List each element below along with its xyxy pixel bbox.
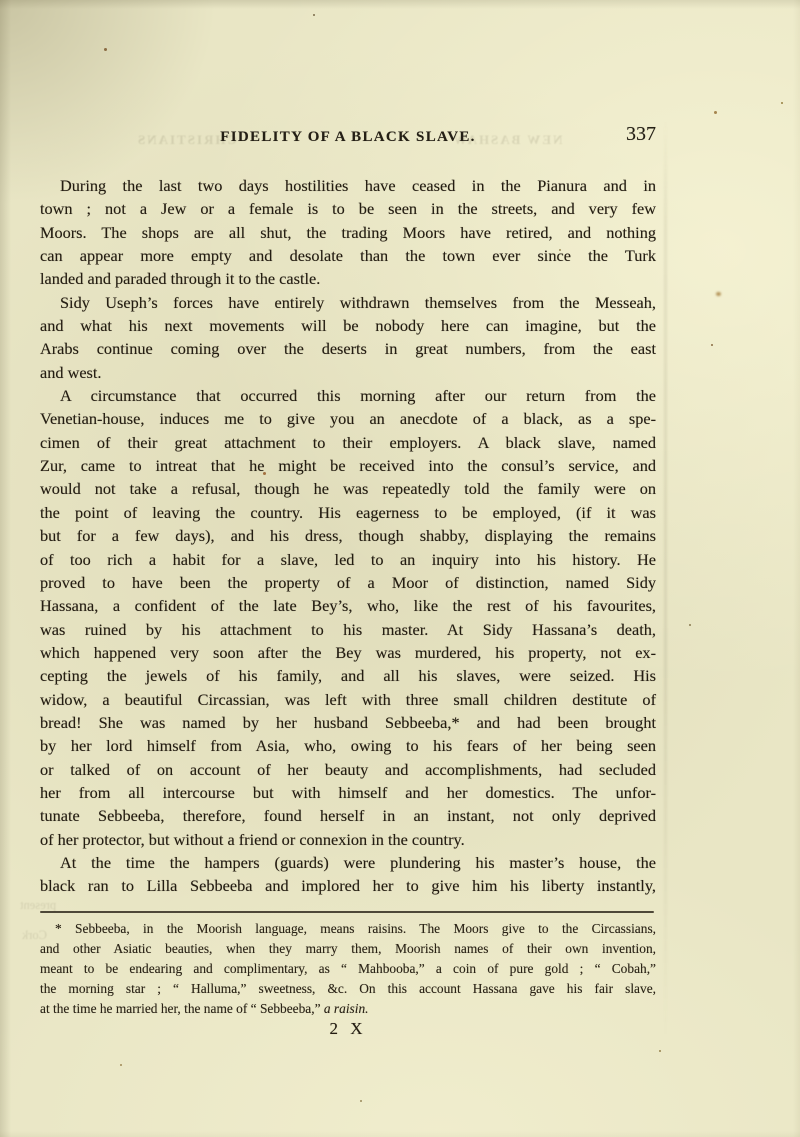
footnote: * Sebbeeba, in the Moorish language, mea… xyxy=(40,921,656,1021)
text-line: cepting the jewels of his family, and al… xyxy=(40,666,656,689)
text-line: was ruined by his attachment to his mast… xyxy=(40,620,656,643)
text-line: A circumstance that occurred this mornin… xyxy=(40,386,656,409)
foxing-speck xyxy=(360,1100,362,1102)
foxing-speck xyxy=(104,48,107,51)
page-curve-shadow xyxy=(664,120,667,1040)
text-line: her from all intercourse but with himsel… xyxy=(40,783,656,806)
text-line: town ; not a Jew or a female is to be se… xyxy=(40,199,656,222)
text-line: which happened very soon after the Bey w… xyxy=(40,643,656,666)
text-line: or talked of on account of her beauty an… xyxy=(40,760,656,783)
text-line: black ran to Lilla Sebbeeba and implored… xyxy=(40,876,656,899)
text-line: of too rich a habit for a slave, led to … xyxy=(40,550,656,573)
text-line: Moors. The shops are all shut, the tradi… xyxy=(40,223,656,246)
text-line: During the last two days hostilities hav… xyxy=(40,176,656,199)
text-line: landed and paraded through it to the cas… xyxy=(40,269,656,292)
foxing-speck xyxy=(689,624,691,626)
page-number: 337 xyxy=(40,123,656,146)
text-line: the morning star ; “ Halluma,” sweetness… xyxy=(40,981,656,1001)
foxing-speck xyxy=(781,102,783,104)
text-line: widow, a beautiful Circassian, was left … xyxy=(40,690,656,713)
text-line: meant to be endearing and complimentary,… xyxy=(40,961,656,981)
text-line: and what his next movements will be nobo… xyxy=(40,316,656,339)
signature-mark: 2 X xyxy=(40,1019,656,1039)
foxing-speck xyxy=(711,344,713,346)
text-line: by her lord himself from Asia, who, owin… xyxy=(40,736,656,759)
text-line: Venetian-house, induces me to give you a… xyxy=(40,409,656,432)
text-line: proved to have been the property of a Mo… xyxy=(40,573,656,596)
italic-text: a raisin. xyxy=(324,1001,369,1016)
text-line: Zur, came to intreat that he might be re… xyxy=(40,456,656,479)
text-line: cimen of their great attachment to their… xyxy=(40,433,656,456)
text-line: can appear more empty and desolate than … xyxy=(40,246,656,269)
text-line: * Sebbeeba, in the Moorish language, mea… xyxy=(40,921,656,941)
text-line: at the time he married her, the name of … xyxy=(40,1001,656,1021)
text-line: Sidy Useph’s forces have entirely withdr… xyxy=(40,293,656,316)
text-line: Hassana, a confident of the late Bey’s, … xyxy=(40,596,656,619)
text-line: tunate Sebbeeba, therefore, found hersel… xyxy=(40,806,656,829)
text-line: and west. xyxy=(40,363,656,386)
foxing-speck xyxy=(659,1050,661,1052)
text-line: At the time the hampers (guards) were pl… xyxy=(40,853,656,876)
book-page: NEW BASHAW CHRISTIANS present Cork FIDEL… xyxy=(0,0,800,1137)
foxing-speck xyxy=(716,292,721,296)
foxing-speck xyxy=(120,1064,122,1066)
text-line: the point of leaving the country. His ea… xyxy=(40,503,656,526)
foxing-speck xyxy=(313,14,315,16)
body-text: During the last two days hostilities hav… xyxy=(40,176,656,900)
footnote-rule xyxy=(40,911,654,913)
text-line: Arabs continue coming over the deserts i… xyxy=(40,339,656,362)
text-line: would not take a refusal, though he was … xyxy=(40,479,656,502)
text-line: but for a few days), and his dress, thou… xyxy=(40,526,656,549)
foxing-speck xyxy=(714,111,717,114)
text-line: bread! She was named by her husband Sebb… xyxy=(40,713,656,736)
text-line: of her protector, but without a friend o… xyxy=(40,830,656,853)
text-line: and other Asiatic beauties, when they ma… xyxy=(40,941,656,961)
